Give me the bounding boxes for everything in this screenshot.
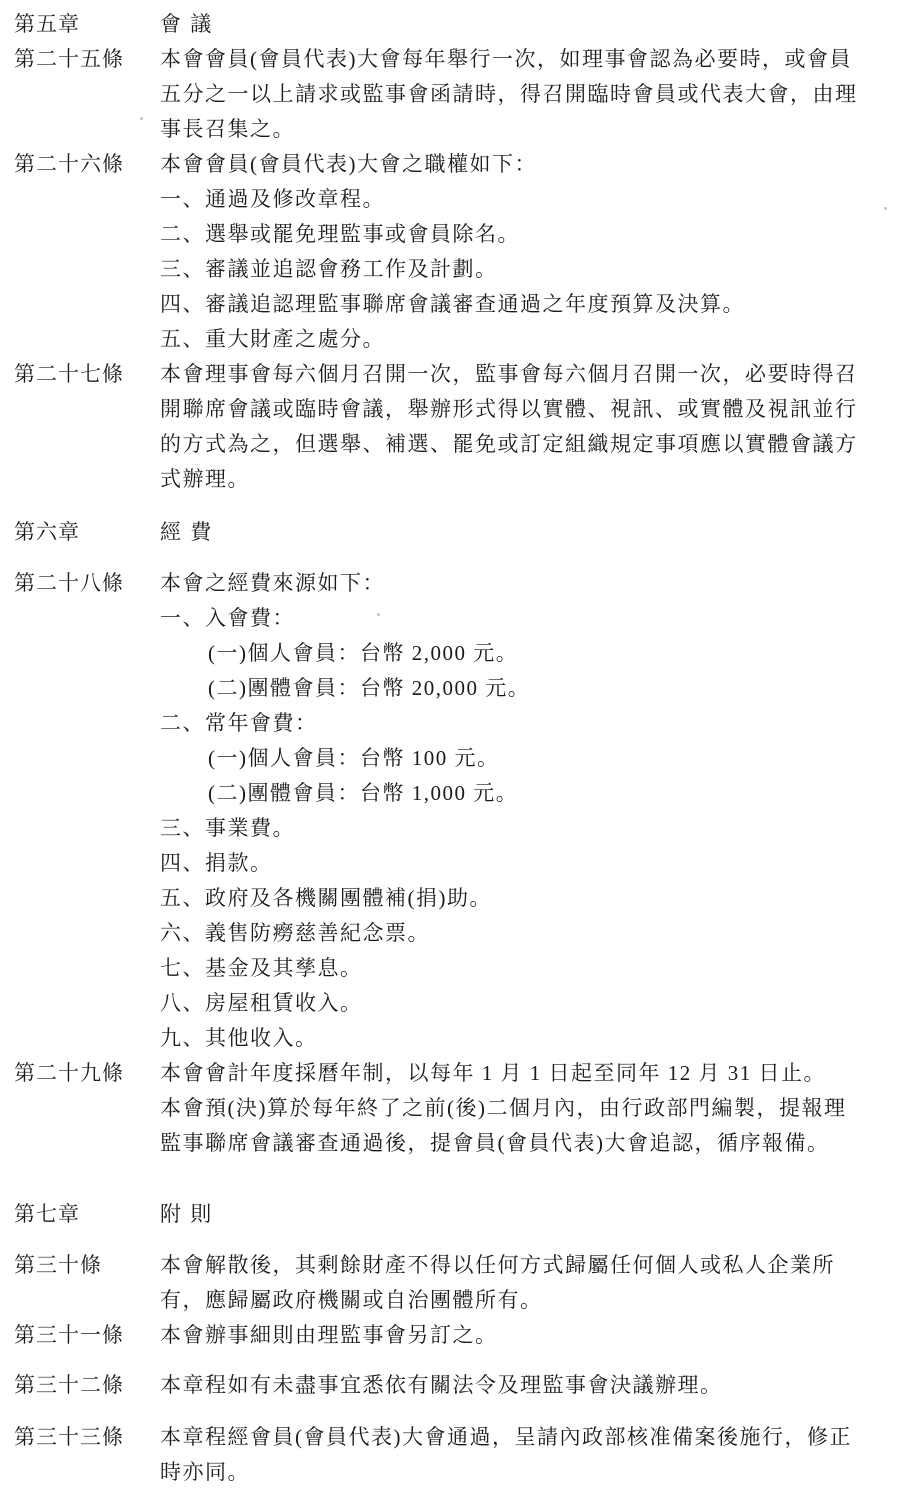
chapter-title: 附 則 (160, 1197, 882, 1232)
article-content: 本會會員(會員代表)大會每年舉行一次，如理事會認為必要時，或會員五分之一以上請求… (160, 42, 882, 147)
article-number: 第二十六條 (14, 147, 160, 182)
article-row: 第二十八條本會之經費來源如下：一、入會費：(一)個人會員：台幣 2,000 元。… (14, 566, 882, 1056)
article-number: 第三十一條 (14, 1318, 160, 1353)
article-content: 本會解散後，其剩餘財產不得以任何方式歸屬任何個人或私人企業所有，應歸屬政府機關或… (160, 1248, 882, 1318)
article-text-line: 本會會員(會員代表)大會每年舉行一次，如理事會認為必要時，或會員 (160, 42, 882, 77)
article-text-line: (二)團體會員：台幣 1,000 元。 (160, 776, 882, 811)
article-text-line: 五、政府及各機關團體補(捐)助。 (160, 881, 882, 916)
article-content: 本會會計年度採曆年制，以每年 1 月 1 日起至同年 12 月 31 日止。本會… (160, 1056, 882, 1161)
article-text-line: 六、義售防癆慈善紀念票。 (160, 916, 882, 951)
article-text-line: 本會之經費來源如下： (160, 566, 882, 601)
article-row: 第三十三條本章程經會員(會員代表)大會通過，呈請內政部核准備案後施行，修正時亦同… (14, 1420, 882, 1490)
article-row: 第二十七條本會理事會每六個月召開一次，監事會每六個月召開一次，必要時得召開聯席會… (14, 357, 882, 497)
article-content: 本章程經會員(會員代表)大會通過，呈請內政部核准備案後施行，修正時亦同。 (160, 1420, 882, 1490)
scan-speck (140, 117, 143, 120)
article-content: 本章程如有未盡事宜悉依有關法令及理監事會決議辦理。 (160, 1368, 882, 1403)
article-row: 第三十一條本會辦事細則由理監事會另訂之。 (14, 1318, 882, 1353)
article-text-line: 本會辦事細則由理監事會另訂之。 (160, 1318, 882, 1353)
article-number: 第三十三條 (14, 1420, 160, 1455)
article-text-line: 本會會計年度採曆年制，以每年 1 月 1 日起至同年 12 月 31 日止。 (160, 1056, 882, 1091)
chapter-row: 第七章附 則 (14, 1197, 882, 1232)
chapter-number: 第五章 (14, 7, 160, 42)
article-text-line: (二)團體會員：台幣 20,000 元。 (160, 671, 882, 706)
chapter-title: 會 議 (160, 7, 882, 42)
article-text-line: 四、審議追認理監事聯席會議審查通過之年度預算及決算。 (160, 287, 882, 322)
article-row: 第三十條本會解散後，其剩餘財產不得以任何方式歸屬任何個人或私人企業所有，應歸屬政… (14, 1248, 882, 1318)
article-text-line: 九、其他收入。 (160, 1021, 882, 1056)
article-text-line: 三、審議並追認會務工作及計劃。 (160, 252, 882, 287)
article-number: 第二十五條 (14, 42, 160, 77)
article-text-line: 一、入會費： (160, 601, 882, 636)
article-text-line: 時亦同。 (160, 1455, 882, 1490)
chapter-row: 第六章經 費 (14, 515, 882, 550)
article-text-line: 三、事業費。 (160, 811, 882, 846)
article-content: 本會會員(會員代表)大會之職權如下：一、通過及修改章程。二、選舉或罷免理監事或會… (160, 147, 882, 357)
article-content: 本會理事會每六個月召開一次，監事會每六個月召開一次，必要時得召開聯席會議或臨時會… (160, 357, 882, 497)
article-text-line: 本會解散後，其剩餘財產不得以任何方式歸屬任何個人或私人企業所 (160, 1248, 882, 1283)
article-text-line: 八、房屋租賃收入。 (160, 986, 882, 1021)
article-number: 第二十八條 (14, 566, 160, 601)
article-text-line: 事長召集之。 (160, 112, 882, 147)
chapter-title-area: 附 則 (160, 1197, 882, 1232)
article-text-line: 式辦理。 (160, 462, 882, 497)
chapter-title-area: 會 議 (160, 7, 882, 42)
article-text-line: 七、基金及其孳息。 (160, 951, 882, 986)
article-text-line: 有，應歸屬政府機關或自治團體所有。 (160, 1283, 882, 1318)
scan-speck (884, 207, 887, 210)
document-page: 第五章會 議第二十五條本會會員(會員代表)大會每年舉行一次，如理事會認為必要時，… (0, 0, 900, 1490)
article-text-line: 本章程如有未盡事宜悉依有關法令及理監事會決議辦理。 (160, 1368, 882, 1403)
article-text-line: (一)個人會員：台幣 2,000 元。 (160, 636, 882, 671)
scan-speck (238, 1254, 241, 1257)
article-text-line: 本章程經會員(會員代表)大會通過，呈請內政部核准備案後施行，修正 (160, 1420, 882, 1455)
article-number: 第二十七條 (14, 357, 160, 392)
article-row: 第二十五條本會會員(會員代表)大會每年舉行一次，如理事會認為必要時，或會員五分之… (14, 42, 882, 147)
article-text-line: 監事聯席會議審查通過後，提會員(會員代表)大會追認，循序報備。 (160, 1126, 882, 1161)
article-text-line: 本會理事會每六個月召開一次，監事會每六個月召開一次，必要時得召 (160, 357, 882, 392)
article-number: 第三十二條 (14, 1368, 160, 1403)
article-text-line: (一)個人會員：台幣 100 元。 (160, 741, 882, 776)
article-row: 第三十二條本章程如有未盡事宜悉依有關法令及理監事會決議辦理。 (14, 1368, 882, 1403)
chapter-title: 經 費 (160, 515, 882, 550)
article-number: 第二十九條 (14, 1056, 160, 1091)
chapter-number: 第六章 (14, 515, 160, 550)
article-text-line: 一、通過及修改章程。 (160, 182, 882, 217)
article-text-line: 開聯席會議或臨時會議，舉辦形式得以實體、視訊、或實體及視訊並行 (160, 392, 882, 427)
article-text-line: 二、選舉或罷免理監事或會員除名。 (160, 217, 882, 252)
article-number: 第三十條 (14, 1248, 160, 1283)
article-text-line: 五、重大財產之處分。 (160, 322, 882, 357)
article-text-line: 二、常年會費： (160, 706, 882, 741)
article-text-line: 五分之一以上請求或監事會函請時，得召開臨時會員或代表大會，由理 (160, 77, 882, 112)
article-text-line: 本會預(決)算於每年終了之前(後)二個月內，由行政部門編製，提報理 (160, 1091, 882, 1126)
chapter-row: 第五章會 議 (14, 7, 882, 42)
article-row: 第二十六條本會會員(會員代表)大會之職權如下：一、通過及修改章程。二、選舉或罷免… (14, 147, 882, 357)
article-text-line: 本會會員(會員代表)大會之職權如下： (160, 147, 882, 182)
chapter-title-area: 經 費 (160, 515, 882, 550)
article-text-line: 四、捐款。 (160, 846, 882, 881)
article-row: 第二十九條本會會計年度採曆年制，以每年 1 月 1 日起至同年 12 月 31 … (14, 1056, 882, 1161)
chapter-number: 第七章 (14, 1197, 160, 1232)
article-content: 本會辦事細則由理監事會另訂之。 (160, 1318, 882, 1353)
article-content: 本會之經費來源如下：一、入會費：(一)個人會員：台幣 2,000 元。(二)團體… (160, 566, 882, 1056)
scan-speck (377, 613, 380, 616)
article-text-line: 的方式為之，但選舉、補選、罷免或訂定組織規定事項應以實體會議方 (160, 427, 882, 462)
